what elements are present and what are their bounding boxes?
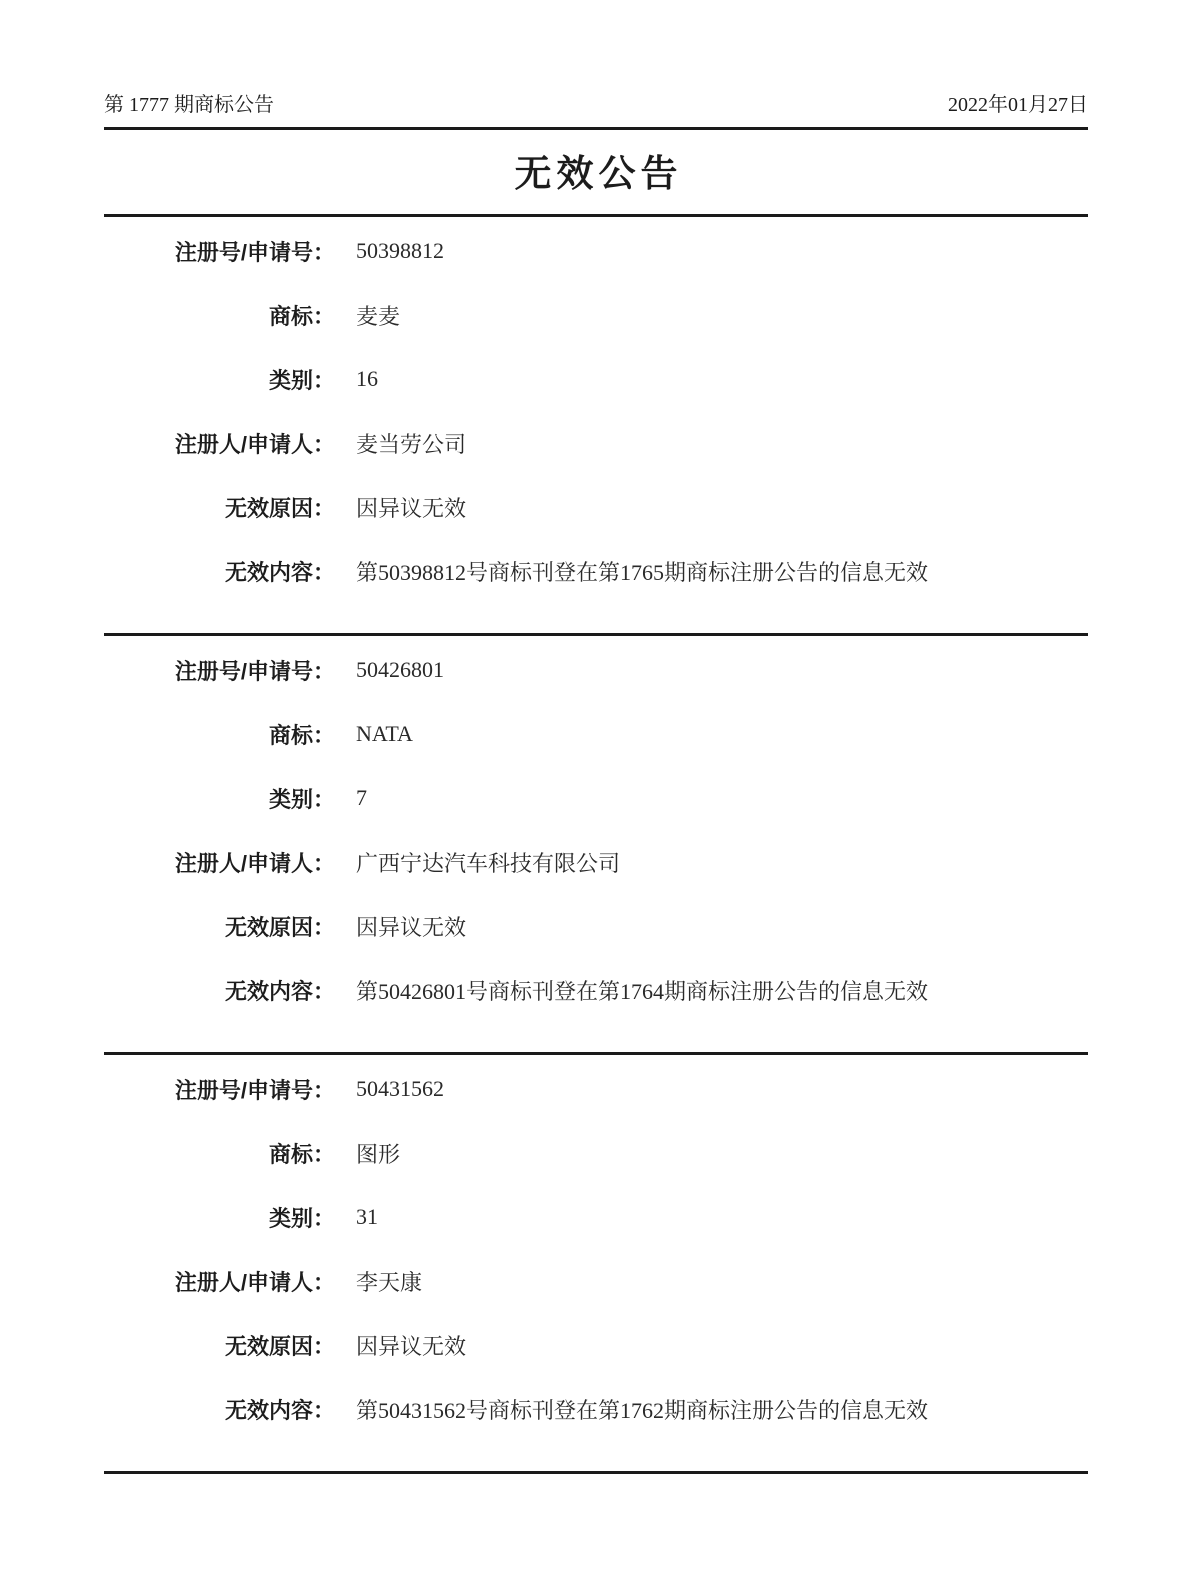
field-label-trademark: 商标： (104, 300, 335, 331)
field-row-registrant: 注册人/申请人： 李天康 (104, 1249, 1088, 1313)
field-value-invalid-reason: 因异议无效 (356, 492, 466, 523)
field-label-registrant: 注册人/申请人： (104, 847, 335, 878)
field-value-registrant: 广西宁达汽车科技有限公司 (356, 847, 620, 878)
field-value-registrant: 麦当劳公司 (356, 428, 466, 459)
field-value-trademark: NATA (356, 721, 413, 747)
field-row-registrant: 注册人/申请人： 麦当劳公司 (104, 411, 1088, 475)
field-value-category: 7 (356, 785, 367, 811)
field-value-invalid-reason: 因异议无效 (356, 1330, 466, 1361)
field-value-registrant: 李天康 (356, 1266, 422, 1297)
field-label-invalid-reason: 无效原因： (104, 492, 335, 523)
field-value-invalid-content: 第50398812号商标刊登在第1765期商标注册公告的信息无效 (356, 556, 928, 587)
field-label-invalid-content: 无效内容： (104, 975, 335, 1006)
field-row-trademark: 商标： NATA (104, 702, 1088, 766)
field-row-invalid-reason: 无效原因： 因异议无效 (104, 1313, 1088, 1377)
field-row-trademark: 商标： 图形 (104, 1121, 1088, 1185)
field-label-invalid-reason: 无效原因： (104, 911, 335, 942)
field-row-invalid-content: 无效内容： 第50398812号商标刊登在第1765期商标注册公告的信息无效 (104, 539, 1088, 603)
field-row-category: 类别： 7 (104, 766, 1088, 830)
field-label-trademark: 商标： (104, 719, 335, 750)
field-row-trademark: 商标： 麦麦 (104, 283, 1088, 347)
field-value-trademark: 图形 (356, 1138, 400, 1169)
field-label-category: 类别： (104, 1202, 335, 1233)
field-row-reg-no: 注册号/申请号： 50426801 (104, 638, 1088, 702)
field-row-invalid-reason: 无效原因： 因异议无效 (104, 894, 1088, 958)
page-content: 第 1777 期商标公告 2022年01月27日 无效公告 注册号/申请号： 5… (104, 0, 1088, 1474)
field-label-reg-no: 注册号/申请号： (104, 655, 335, 686)
gazette-issue-number: 第 1777 期商标公告 (104, 92, 274, 118)
field-row-invalid-reason: 无效原因： 因异议无效 (104, 475, 1088, 539)
section-title-bar: 无效公告 (104, 130, 1088, 217)
trademark-record: 注册号/申请号： 50426801 商标： NATA 类别： 7 注册人/申请人… (104, 636, 1088, 1055)
field-label-reg-no: 注册号/申请号： (104, 1074, 335, 1105)
field-label-invalid-reason: 无效原因： (104, 1330, 335, 1361)
trademark-record: 注册号/申请号： 50431562 商标： 图形 类别： 31 注册人/申请人：… (104, 1055, 1088, 1474)
gazette-date: 2022年01月27日 (948, 92, 1088, 118)
field-row-invalid-content: 无效内容： 第50431562号商标刊登在第1762期商标注册公告的信息无效 (104, 1377, 1088, 1441)
field-label-registrant: 注册人/申请人： (104, 428, 335, 459)
field-value-invalid-content: 第50431562号商标刊登在第1762期商标注册公告的信息无效 (356, 1394, 928, 1425)
field-value-trademark: 麦麦 (356, 300, 400, 331)
field-label-reg-no: 注册号/申请号： (104, 236, 335, 267)
field-value-invalid-reason: 因异议无效 (356, 911, 466, 942)
trademark-record: 注册号/申请号： 50398812 商标： 麦麦 类别： 16 注册人/申请人：… (104, 217, 1088, 636)
field-row-reg-no: 注册号/申请号： 50398812 (104, 219, 1088, 283)
field-row-category: 类别： 16 (104, 347, 1088, 411)
page-header: 第 1777 期商标公告 2022年01月27日 (104, 0, 1088, 130)
field-label-invalid-content: 无效内容： (104, 556, 335, 587)
page-title: 无效公告 (510, 143, 683, 197)
field-label-invalid-content: 无效内容： (104, 1394, 335, 1425)
field-value-category: 16 (356, 366, 378, 392)
field-row-category: 类别： 31 (104, 1185, 1088, 1249)
field-label-trademark: 商标： (104, 1138, 335, 1169)
document-page: 第 1777 期商标公告 2022年01月27日 无效公告 注册号/申请号： 5… (0, 0, 1190, 1586)
field-value-reg-no: 50398812 (356, 238, 444, 264)
field-value-reg-no: 50426801 (356, 657, 444, 683)
field-label-category: 类别： (104, 364, 335, 395)
field-value-invalid-content: 第50426801号商标刊登在第1764期商标注册公告的信息无效 (356, 975, 928, 1006)
field-row-registrant: 注册人/申请人： 广西宁达汽车科技有限公司 (104, 830, 1088, 894)
field-row-invalid-content: 无效内容： 第50426801号商标刊登在第1764期商标注册公告的信息无效 (104, 958, 1088, 1022)
field-value-category: 31 (356, 1204, 378, 1230)
field-label-registrant: 注册人/申请人： (104, 1266, 335, 1297)
field-row-reg-no: 注册号/申请号： 50431562 (104, 1057, 1088, 1121)
field-label-category: 类别： (104, 783, 335, 814)
field-value-reg-no: 50431562 (356, 1076, 444, 1102)
